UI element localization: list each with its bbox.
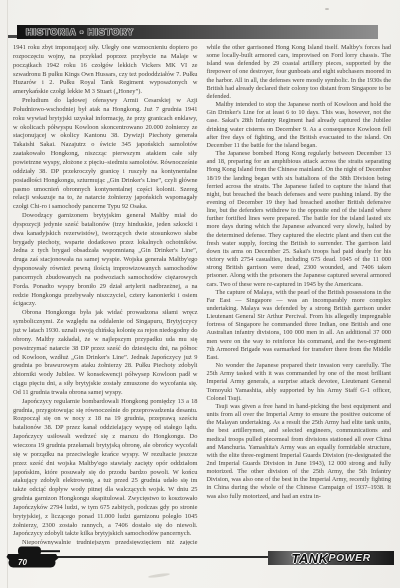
logo-text-power: POWER xyxy=(328,552,370,564)
footer-rule-line xyxy=(54,556,268,558)
logo-text-tank: TANK xyxy=(291,551,328,566)
scan-artifact-speck xyxy=(325,8,329,10)
scan-artifact-left-line xyxy=(7,0,8,588)
paragraph: No wonder the Japanese prepared their in… xyxy=(207,362,392,403)
tank-barrel xyxy=(39,550,60,552)
scan-artifact-smudge xyxy=(148,572,170,578)
paragraph: The Japanese bombed Hong Kong regularly … xyxy=(207,150,392,289)
section-title: HISTORIA • HISTORY xyxy=(17,27,134,37)
left-column-polish-text: 1941 roku zbyt imponującej siły. Uległy … xyxy=(13,44,198,545)
paragraph: Preludium do lądowej ofensywy Armii Cesa… xyxy=(13,97,198,212)
right-column-english-text: while the other garrisoned Hong Kong Isl… xyxy=(207,44,392,545)
paragraph: while the other garrisoned Hong Kong Isl… xyxy=(207,44,392,101)
paragraph: 1941 roku zbyt imponującej siły. Uległy … xyxy=(13,44,198,97)
paragraph: Obrona Hongkongu była jak widać prowadzo… xyxy=(13,309,198,397)
tank-tracks xyxy=(9,558,56,568)
magazine-page: HISTORIA • HISTORY 1941 roku zbyt imponu… xyxy=(0,0,400,588)
article-body: 1941 roku zbyt imponującej siły. Uległy … xyxy=(13,44,391,545)
paragraph: Dowodzący garnizonem brytyjskim generał … xyxy=(13,212,198,309)
paragraph: Maltby intended to stop the Japanese nor… xyxy=(207,101,392,150)
page-number: 70 xyxy=(18,558,27,567)
paragraph: Japończycy regularnie bombardowali Hongk… xyxy=(13,398,198,540)
paragraph: Tsuji was given a free hand in hand-pick… xyxy=(207,403,392,501)
paragraph: The capture of Malaya, with the pearl of… xyxy=(207,289,392,362)
section-header-banner: HISTORIA • HISTORY xyxy=(17,25,378,39)
tankpower-logo: TANKPOWER xyxy=(268,551,394,565)
tank-icon: 70 xyxy=(6,545,60,569)
